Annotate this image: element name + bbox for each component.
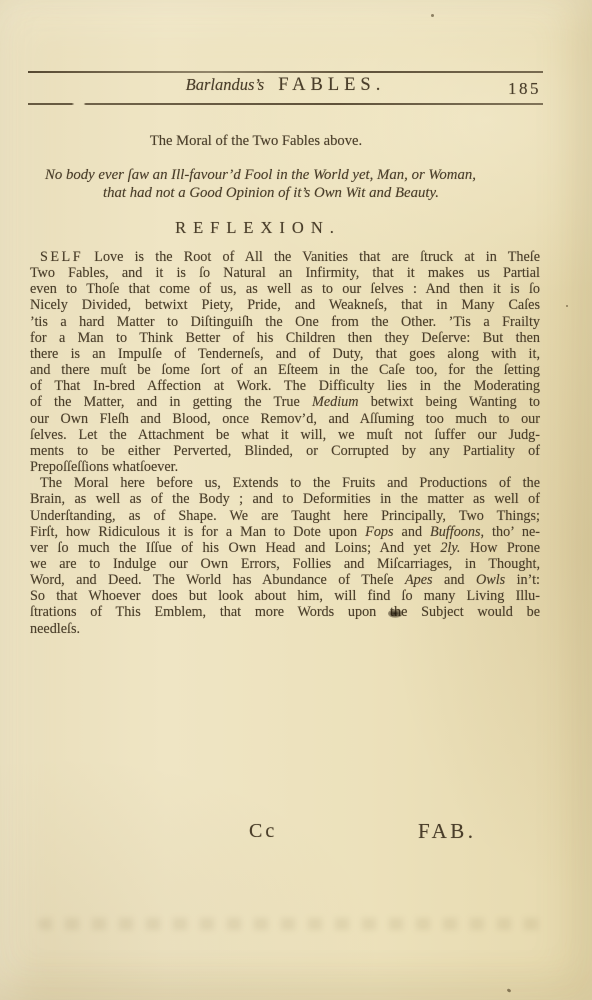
text-line: Underſtanding, as of Shape. We are Taugh… (30, 508, 540, 524)
text-segment: there is an Impulſe of Tenderneſs, and o… (30, 346, 540, 362)
text-line: our Own Fleſh and Blood, once Remov’d, a… (30, 411, 540, 427)
text-segment: ſtrations of This Emblem, that more Word… (30, 604, 390, 620)
text-line: ments to be either Perverted, Blinded, o… (30, 443, 540, 459)
moral-text: No body ever ſaw an Ill-favour’d Fool in… (45, 167, 550, 202)
text-segment: ſelves. Let the Attachment be what it wi… (30, 427, 540, 443)
text-line: ſelves. Let the Attachment be what it wi… (30, 427, 540, 443)
text-line: there is an Impulſe of Tenderneſs, and o… (30, 346, 540, 362)
text-segment: The Moral here before us, Extends to the… (40, 475, 540, 491)
text-segment: Love is the Root of All the Vanities tha… (83, 249, 540, 265)
text-segment: even to Thoſe that come of us, as well a… (30, 281, 540, 297)
text-segment: Owls (476, 572, 505, 588)
text-segment: needleſs. (30, 621, 80, 637)
text-segment: Buffoons (430, 524, 480, 540)
text-line: Two Fables, and it is ſo Natural an Infi… (30, 265, 540, 281)
text-segment: So that Whoever does but look about him,… (30, 588, 540, 604)
text-segment: SELF (40, 249, 83, 265)
text-segment: Two Fables, and it is ſo Natural an Infi… (30, 265, 540, 281)
text-segment: the (390, 604, 407, 620)
text-line: even to Thoſe that come of us, as well a… (30, 281, 540, 297)
text-segment: of That In-bred Affection at Work. The D… (30, 378, 540, 394)
paper-speck (431, 14, 434, 17)
text-line: ver ſo much the Iſſue of his Own Head an… (30, 540, 540, 556)
moral-heading: The Moral of the Two Fables above. (0, 133, 512, 150)
reflexion-body: SELF Love is the Root of All the Vanitie… (30, 249, 540, 637)
page-number: 185 (508, 79, 541, 99)
text-segment: ments to be either Perverted, Blinded, o… (30, 443, 540, 459)
section-heading: REFLEXION. (0, 218, 516, 238)
text-line: SELF Love is the Root of All the Vanitie… (30, 249, 540, 265)
text-segment: ’tis a hard Matter to Diſtinguiſh the On… (30, 314, 540, 330)
text-segment: for a Man to Think Better of his Childre… (30, 330, 540, 346)
text-segment: our Own Fleſh and Blood, once Remov’d, a… (30, 411, 540, 427)
text-line: Brain, as well as of the Body ; and to D… (30, 491, 540, 507)
text-segment: of the Matter, and in getting the True (30, 394, 312, 410)
catchword: FAB. (418, 819, 477, 844)
book-page-scan: Barlandus’s FABLES. 185 The Moral of the… (0, 0, 592, 1000)
text-line: Prepoſſeſſions whatſoever. (30, 459, 540, 475)
text-segment: and there muſt be ſome ſort of an Eſteem… (30, 362, 540, 378)
show-through-texture (38, 918, 543, 930)
text-segment: Nicely Divided, betwixt Piety, Pride, an… (30, 297, 540, 313)
signature-mark: Cc (249, 820, 277, 843)
text-segment: Fops (365, 524, 393, 540)
text-segment: ver ſo much the Iſſue of his Own Head an… (30, 540, 440, 556)
text-line: ’tis a hard Matter to Diſtinguiſh the On… (30, 314, 540, 330)
text-segment: Brain, as well as of the Body ; and to D… (30, 491, 540, 507)
text-segment: Subject would be (407, 604, 540, 620)
running-header: Barlandus’s FABLES. (28, 75, 543, 96)
text-segment: Medium (312, 394, 359, 410)
running-header-title: FABLES. (278, 75, 385, 95)
text-line: of the Matter, and in getting the True M… (30, 394, 540, 410)
text-line: Firſt, how Ridiculous it is for a Man to… (30, 524, 540, 540)
text-segment: Prepoſſeſſions whatſoever. (30, 459, 178, 475)
text-line: Word, and Deed. The World has Abundance … (30, 572, 540, 588)
text-segment: 2ly. (440, 540, 460, 556)
text-segment: Apes (405, 572, 433, 588)
text-segment: Firſt, how Ridiculous it is for a Man to… (30, 524, 365, 540)
text-segment: How Prone (460, 540, 540, 556)
running-header-author: Barlandus’s (186, 75, 265, 94)
text-line: needleſs. (30, 621, 540, 637)
moral-line: No body ever ſaw an Ill-favour’d Fool in… (45, 167, 550, 185)
text-line: ſtrations of This Emblem, that more Word… (30, 604, 540, 620)
text-line: and there muſt be ſome ſort of an Eſteem… (30, 362, 540, 378)
header-rule-top (28, 71, 543, 73)
paper-speck (507, 988, 512, 993)
text-segment: betwixt being Wanting to (359, 394, 540, 410)
moral-line: that had not a Good Opinion of it’s Own … (103, 185, 550, 203)
text-segment: in’t: (505, 572, 540, 588)
text-line: The Moral here before us, Extends to the… (30, 475, 540, 491)
text-line: Nicely Divided, betwixt Piety, Pride, an… (30, 297, 540, 313)
header-rule-bottom (28, 103, 543, 105)
text-segment: Underſtanding, as of Shape. We are Taugh… (30, 508, 540, 524)
text-segment: and (433, 572, 476, 588)
text-segment: Word, and Deed. The World has Abundance … (30, 572, 405, 588)
text-line: of That In-bred Affection at Work. The D… (30, 378, 540, 394)
text-line: we are to Indulge our Own Errors, Follie… (30, 556, 540, 572)
paper-speck (566, 305, 568, 307)
text-segment: , tho’ ne- (481, 524, 540, 540)
text-segment: we are to Indulge our Own Errors, Follie… (30, 556, 540, 572)
text-line: So that Whoever does but look about him,… (30, 588, 540, 604)
text-line: for a Man to Think Better of his Childre… (30, 330, 540, 346)
text-segment: and (394, 524, 431, 540)
